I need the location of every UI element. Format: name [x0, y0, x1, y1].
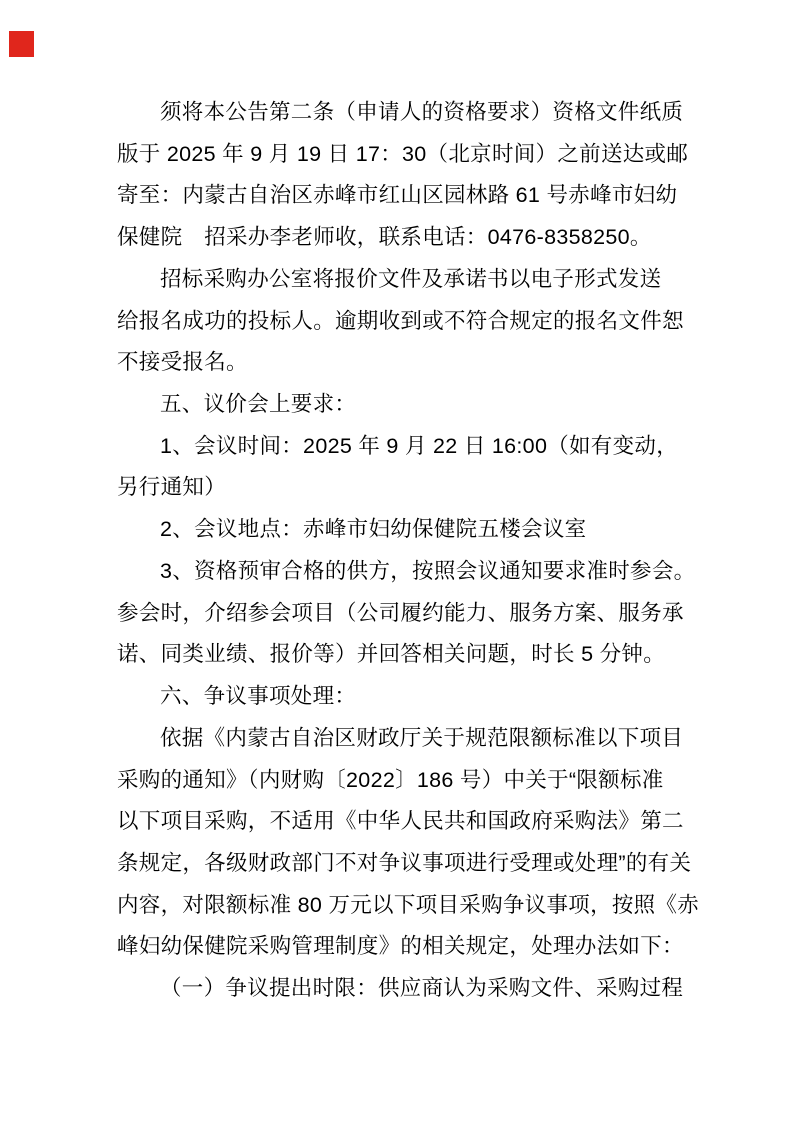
text-line-16: 依据《内蒙古自治区财政厅关于规范限额标准以下项目 [117, 718, 677, 760]
text-line-22: （一）争议提出时限：供应商认为采购文件、采购过程 [117, 968, 677, 1010]
text-line-4: 保健院 招采办李老师收，联系电话：0476-8358250。 [117, 217, 677, 259]
document-page: 须将本公告第二条（申请人的资格要求）资格文件纸质版于 2025 年 9 月 19… [0, 0, 793, 1121]
text-line-13: 参会时，介绍参会项目（公司履约能力、服务方案、服务承 [117, 593, 677, 635]
text-line-2: 版于 2025 年 9 月 19 日 17：30（北京时间）之前送达或邮 [117, 134, 677, 176]
text-line-10: 另行通知） [117, 467, 677, 509]
text-line-1: 须将本公告第二条（申请人的资格要求）资格文件纸质 [117, 92, 677, 134]
text-line-15: 六、争议事项处理： [117, 676, 677, 718]
document-body: 须将本公告第二条（申请人的资格要求）资格文件纸质版于 2025 年 9 月 19… [117, 92, 677, 1010]
text-line-9: 1、会议时间：2025 年 9 月 22 日 16:00（如有变动， [117, 426, 677, 468]
text-line-6: 给报名成功的投标人。逾期收到或不符合规定的报名文件恕 [117, 301, 677, 343]
text-line-11: 2、会议地点：赤峰市妇幼保健院五楼会议室 [117, 509, 677, 551]
text-line-3: 寄至：内蒙古自治区赤峰市红山区园林路 61 号赤峰市妇幼 [117, 175, 677, 217]
text-line-5: 招标采购办公室将报价文件及承诺书以电子形式发送 [117, 259, 677, 301]
text-line-18: 以下项目采购，不适用《中华人民共和国政府采购法》第二 [117, 801, 677, 843]
text-line-17: 采购的通知》（内财购〔2022〕186 号）中关于“限额标准 [117, 760, 677, 802]
red-marker [9, 31, 34, 57]
text-line-7: 不接受报名。 [117, 342, 677, 384]
text-line-21: 峰妇幼保健院采购管理制度》的相关规定，处理办法如下： [117, 926, 677, 968]
text-line-8: 五、议价会上要求： [117, 384, 677, 426]
text-line-20: 内容，对限额标准 80 万元以下项目采购争议事项，按照《赤 [117, 885, 677, 927]
text-line-12: 3、资格预审合格的供方，按照会议通知要求准时参会。 [117, 551, 677, 593]
text-line-19: 条规定，各级财政部门不对争议事项进行受理或处理”的有关 [117, 843, 677, 885]
text-line-14: 诺、同类业绩、报价等）并回答相关问题，时长 5 分钟。 [117, 634, 677, 676]
